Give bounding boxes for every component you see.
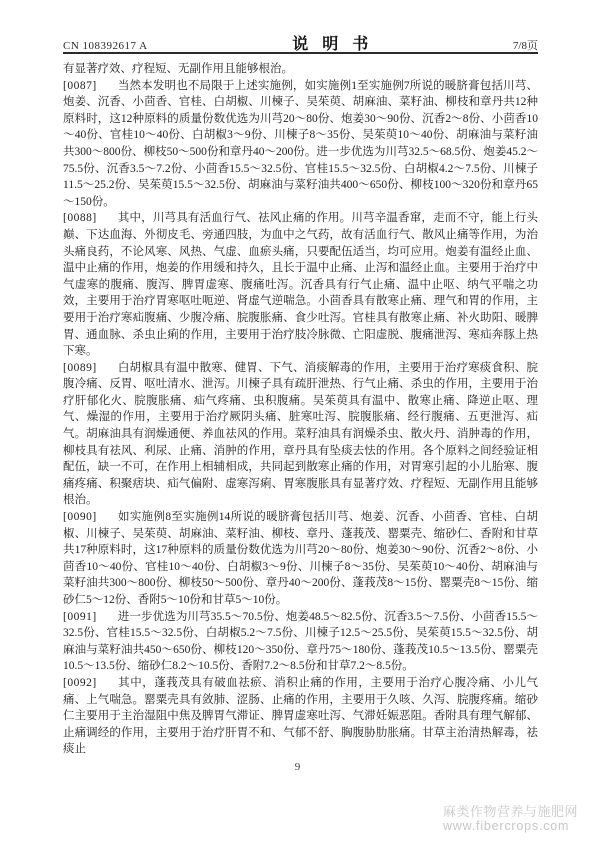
paragraph-text: 如实施例8至实施例14所说的暖脐膏包括川芎、炮姜、沉香、小茴香、官桂、白胡椒、川… — [63, 511, 538, 606]
paragraph-tag: [0092] — [63, 677, 97, 689]
paragraph-tag: [0091] — [63, 611, 97, 623]
paragraph-0092: [0092]其中，蓬莪茂具有破血祛瘀、消积止痛的作用，主要用于治疗心腹冷痛、小儿… — [63, 675, 538, 758]
watermark-site-name: 麻类作物营养与施肥网 — [443, 804, 578, 819]
paragraph-text: 当然本发明也不局限于上述实施例，如实施例1至实施例7所说的暖脐膏包括川芎、炮姜、… — [63, 80, 538, 208]
paragraph-text: 其中，蓬莪茂具有破血祛瘀、消积止痛的作用，主要用于治疗心腹冷痛、小儿气痛、上气喘… — [63, 677, 538, 755]
document-number: CN 108392617 A — [63, 40, 148, 52]
paragraph-tag: [0088] — [63, 212, 97, 224]
paragraph-0090: [0090]如实施例8至实施例14所说的暖脐膏包括川芎、炮姜、沉香、小茴香、官桂… — [63, 509, 538, 609]
document-body: 有显著疗效、疗程短、无副作用且能够根治。 [0087]当然本发明也不局限于上述实… — [63, 61, 538, 758]
page-number: 9 — [0, 761, 595, 773]
paragraph-text: 其中，川芎具有活血行气、祛风止痛的作用。川芎辛温香窜，走而不守，能上行头巅、下达… — [63, 212, 538, 357]
document-title: 说明书 — [292, 31, 382, 54]
paragraph-tag: [0090] — [63, 511, 97, 523]
patent-specification-page: CN 108392617 A 说明书 7/8页 有显著疗效、疗程短、无副作用且能… — [0, 0, 595, 842]
page-indicator: 7/8页 — [513, 37, 538, 53]
page-header: CN 108392617 A 说明书 7/8页 — [63, 31, 538, 54]
paragraph-0091: [0091]进一步优选为川芎35.5～70.5份、炮姜48.5～82.5份、沉香… — [63, 609, 538, 675]
paragraph-0089: [0089]白胡椒具有温中散寒、健胃、下气、消痰解毒的作用，主要用于治疗寒痰食积… — [63, 360, 538, 509]
header-rule — [63, 52, 538, 54]
paragraph-text: 进一步优选为川芎35.5～70.5份、炮姜48.5～82.5份、沉香3.5～7.… — [63, 611, 538, 673]
watermark-url: www.fibercrops.com — [443, 819, 578, 834]
paragraph-0088: [0088]其中，川芎具有活血行气、祛风止痛的作用。川芎辛温香窜，走而不守，能上… — [63, 210, 538, 359]
paragraph-tag: [0087] — [63, 80, 97, 92]
paragraph-continuation: 有显著疗效、疗程短、无副作用且能够根治。 — [63, 61, 538, 78]
paragraph-text: 白胡椒具有温中散寒、健胃、下气、消痰解毒的作用，主要用于治疗寒痰食积、脘腹冷痛、… — [63, 362, 538, 507]
watermark: 麻类作物营养与施肥网 www.fibercrops.com — [443, 804, 578, 834]
paragraph-0087: [0087]当然本发明也不局限于上述实施例，如实施例1至实施例7所说的暖脐膏包括… — [63, 78, 538, 211]
paragraph-tag: [0089] — [63, 362, 97, 374]
paragraph-text: 有显著疗效、疗程短、无副作用且能够根治。 — [63, 63, 293, 75]
